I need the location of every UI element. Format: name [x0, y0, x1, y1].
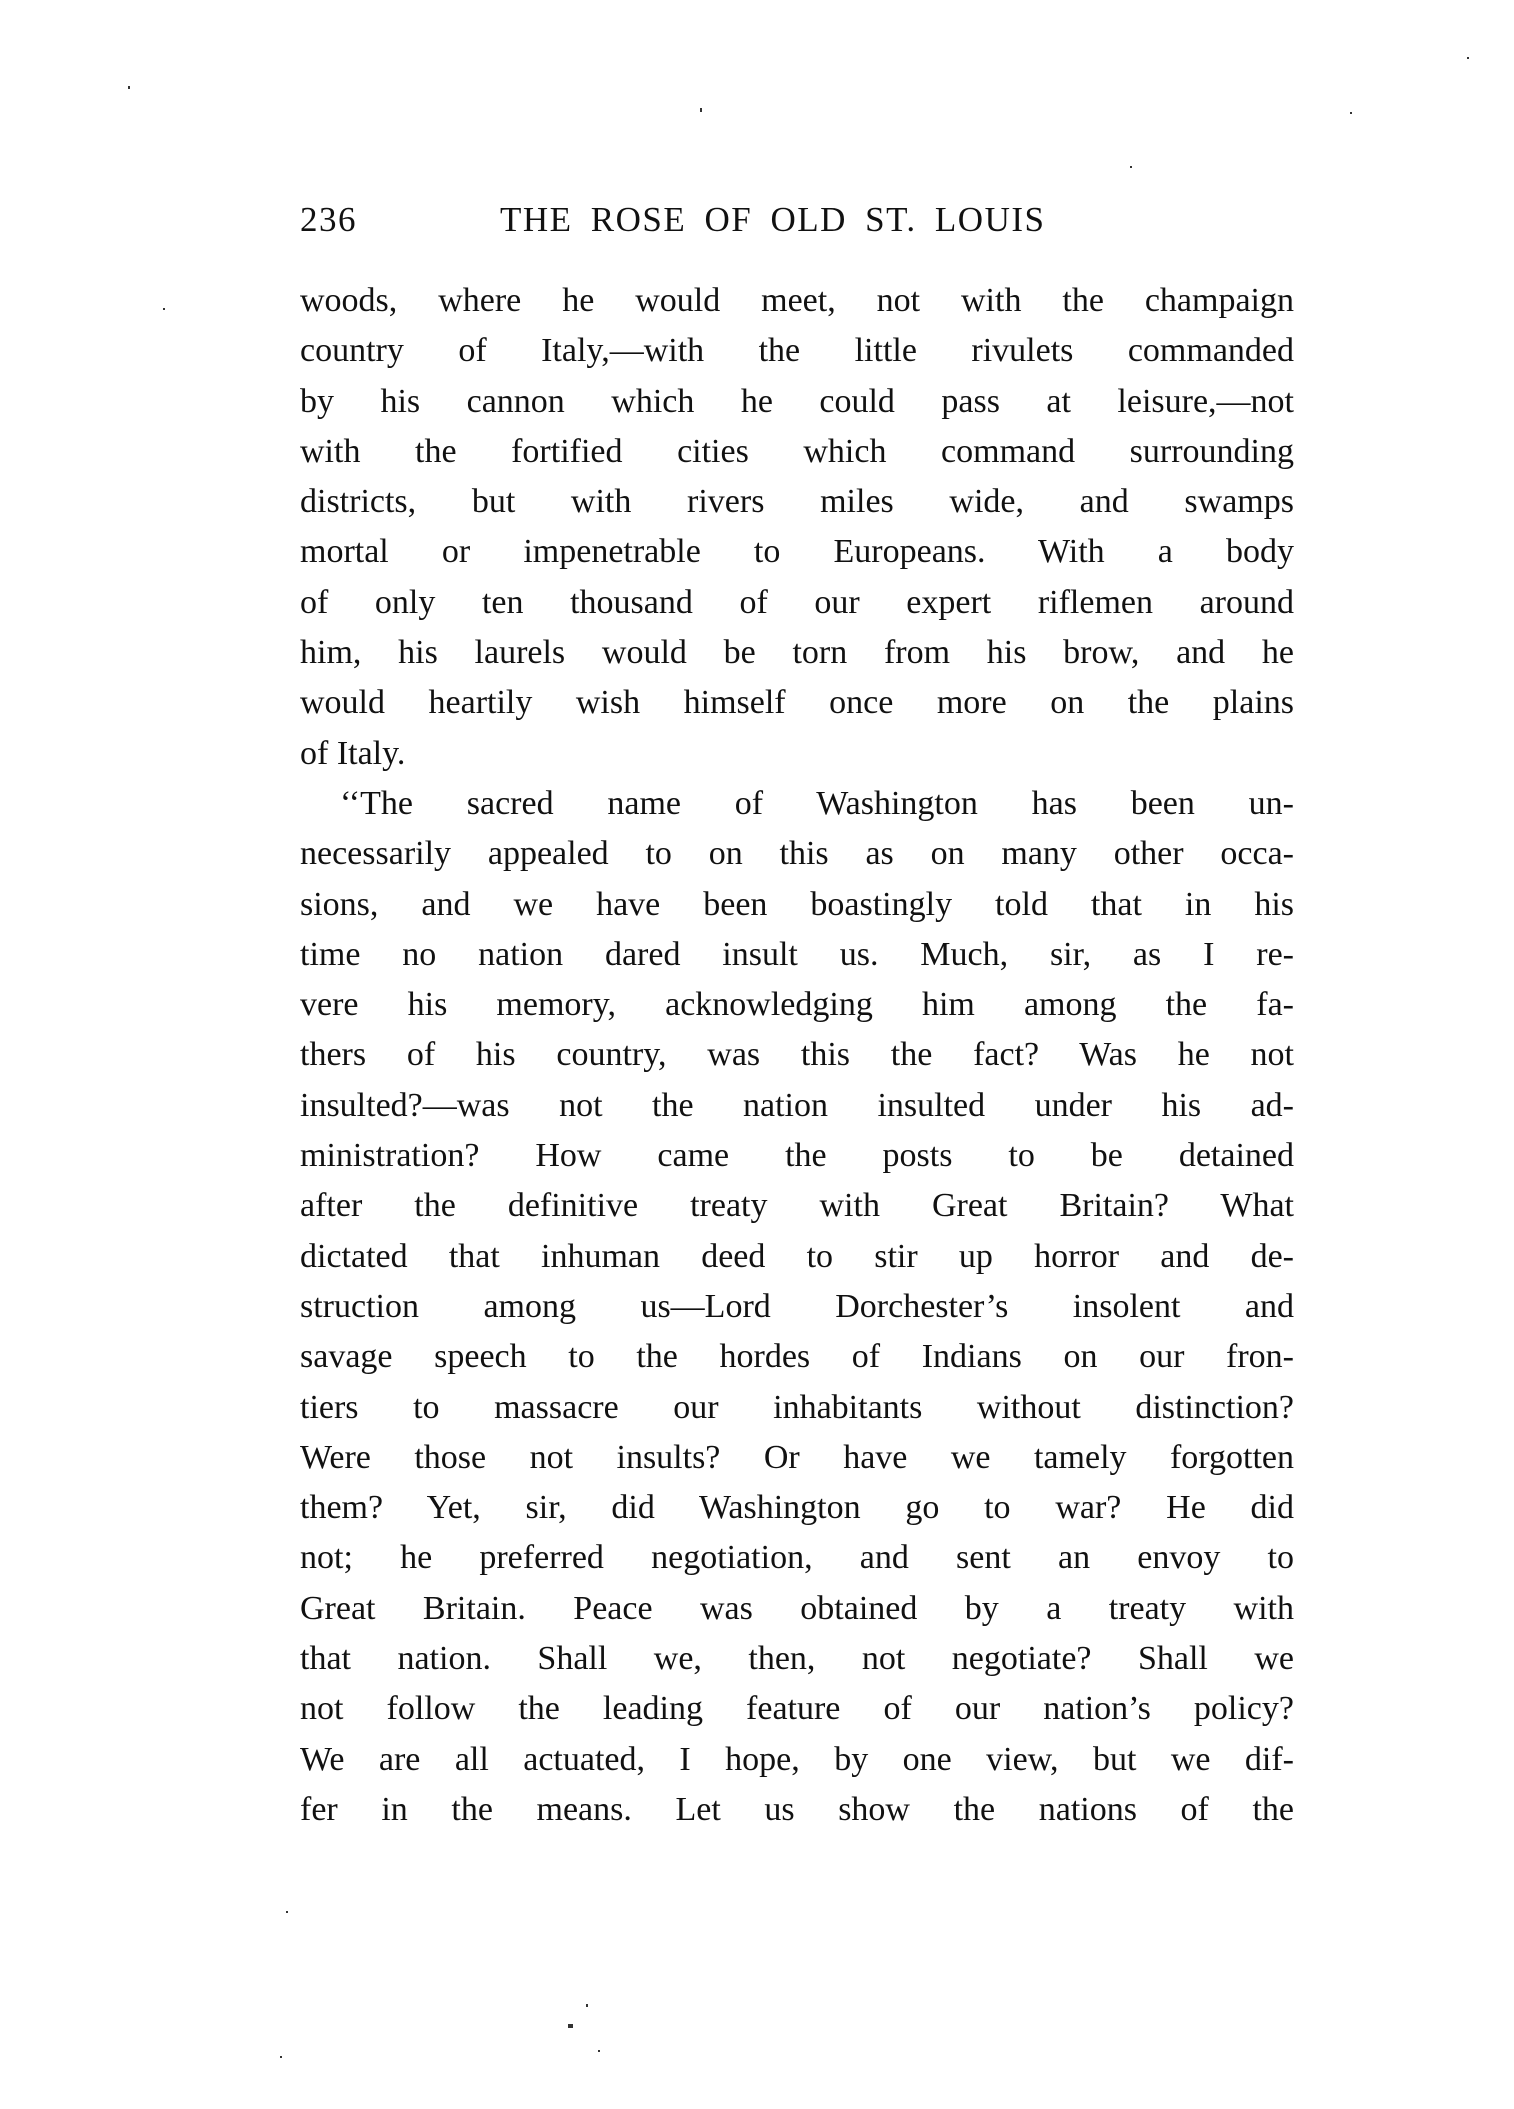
- scan-speck: [700, 108, 702, 112]
- body-text: woods, where he would meet, not with the…: [300, 276, 1294, 1835]
- text-line: mortal or impenetrable to Europeans. Wit…: [300, 527, 1294, 577]
- text-line: woods, where he would meet, not with the…: [300, 276, 1294, 326]
- text-line: time no nation dared insult us. Much, si…: [300, 930, 1294, 980]
- text-line: not follow the leading feature of our na…: [300, 1684, 1294, 1734]
- text-line: ministration? How came the posts to be d…: [300, 1131, 1294, 1181]
- scan-speck: [163, 308, 165, 310]
- text-line: sions, and we have been boastingly told …: [300, 880, 1294, 930]
- text-line: vere his memory, acknowledging him among…: [300, 980, 1294, 1030]
- text-line: districts, but with rivers miles wide, a…: [300, 477, 1294, 527]
- text-line: insulted?—was not the nation insulted un…: [300, 1081, 1294, 1131]
- text-line: necessarily appealed to on this as on ma…: [300, 829, 1294, 879]
- text-line: after the definitive treaty with Great B…: [300, 1181, 1294, 1231]
- text-line: We are all actuated, I hope, by one view…: [300, 1735, 1294, 1785]
- text-line: Great Britain. Peace was obtained by a t…: [300, 1584, 1294, 1634]
- text-line: dictated that inhuman deed to stir up ho…: [300, 1232, 1294, 1282]
- paragraph-first-line: ‘‘The sacred name of Washington has been…: [300, 779, 1294, 829]
- text-line: country of Italy,—with the little rivule…: [300, 326, 1294, 376]
- text-line: of only ten thousand of our expert rifle…: [300, 578, 1294, 628]
- scan-speck: [1350, 112, 1352, 114]
- scan-speck: [586, 2004, 588, 2007]
- scan-speck: [1130, 166, 1132, 168]
- text-line: thers of his country, was this the fact?…: [300, 1030, 1294, 1080]
- scan-speck: [1467, 57, 1469, 59]
- book-page: 236 THE ROSE OF OLD ST. LOUIS woods, whe…: [0, 0, 1514, 2109]
- text-line: with the fortified cities which command …: [300, 427, 1294, 477]
- scan-speck: [280, 2056, 282, 2058]
- text-line: struction among us—Lord Dorchester’s ins…: [300, 1282, 1294, 1332]
- text-line: by his cannon which he could pass at lei…: [300, 377, 1294, 427]
- text-line: Were those not insults? Or have we tamel…: [300, 1433, 1294, 1483]
- text-line: fer in the means. Let us show the nation…: [300, 1785, 1294, 1835]
- text-line: would heartily wish himself once more on…: [300, 678, 1294, 728]
- scan-speck: [286, 1911, 288, 1913]
- text-line: tiers to massacre our inhabitants withou…: [300, 1383, 1294, 1433]
- running-head: 236 THE ROSE OF OLD ST. LOUIS: [300, 198, 1120, 242]
- running-title: THE ROSE OF OLD ST. LOUIS: [500, 198, 1045, 242]
- paragraph-last-line: of Italy.: [300, 729, 1294, 779]
- scan-speck: [568, 2024, 573, 2028]
- scan-speck: [128, 86, 130, 89]
- text-line: them? Yet, sir, did Washington go to war…: [300, 1483, 1294, 1533]
- text-line: him, his laurels would be torn from his …: [300, 628, 1294, 678]
- text-line: savage speech to the hordes of Indians o…: [300, 1332, 1294, 1382]
- text-line: that nation. Shall we, then, not negotia…: [300, 1634, 1294, 1684]
- page-number: 236: [300, 198, 357, 242]
- scan-speck: [598, 2050, 600, 2052]
- text-line: not; he preferred negotiation, and sent …: [300, 1533, 1294, 1583]
